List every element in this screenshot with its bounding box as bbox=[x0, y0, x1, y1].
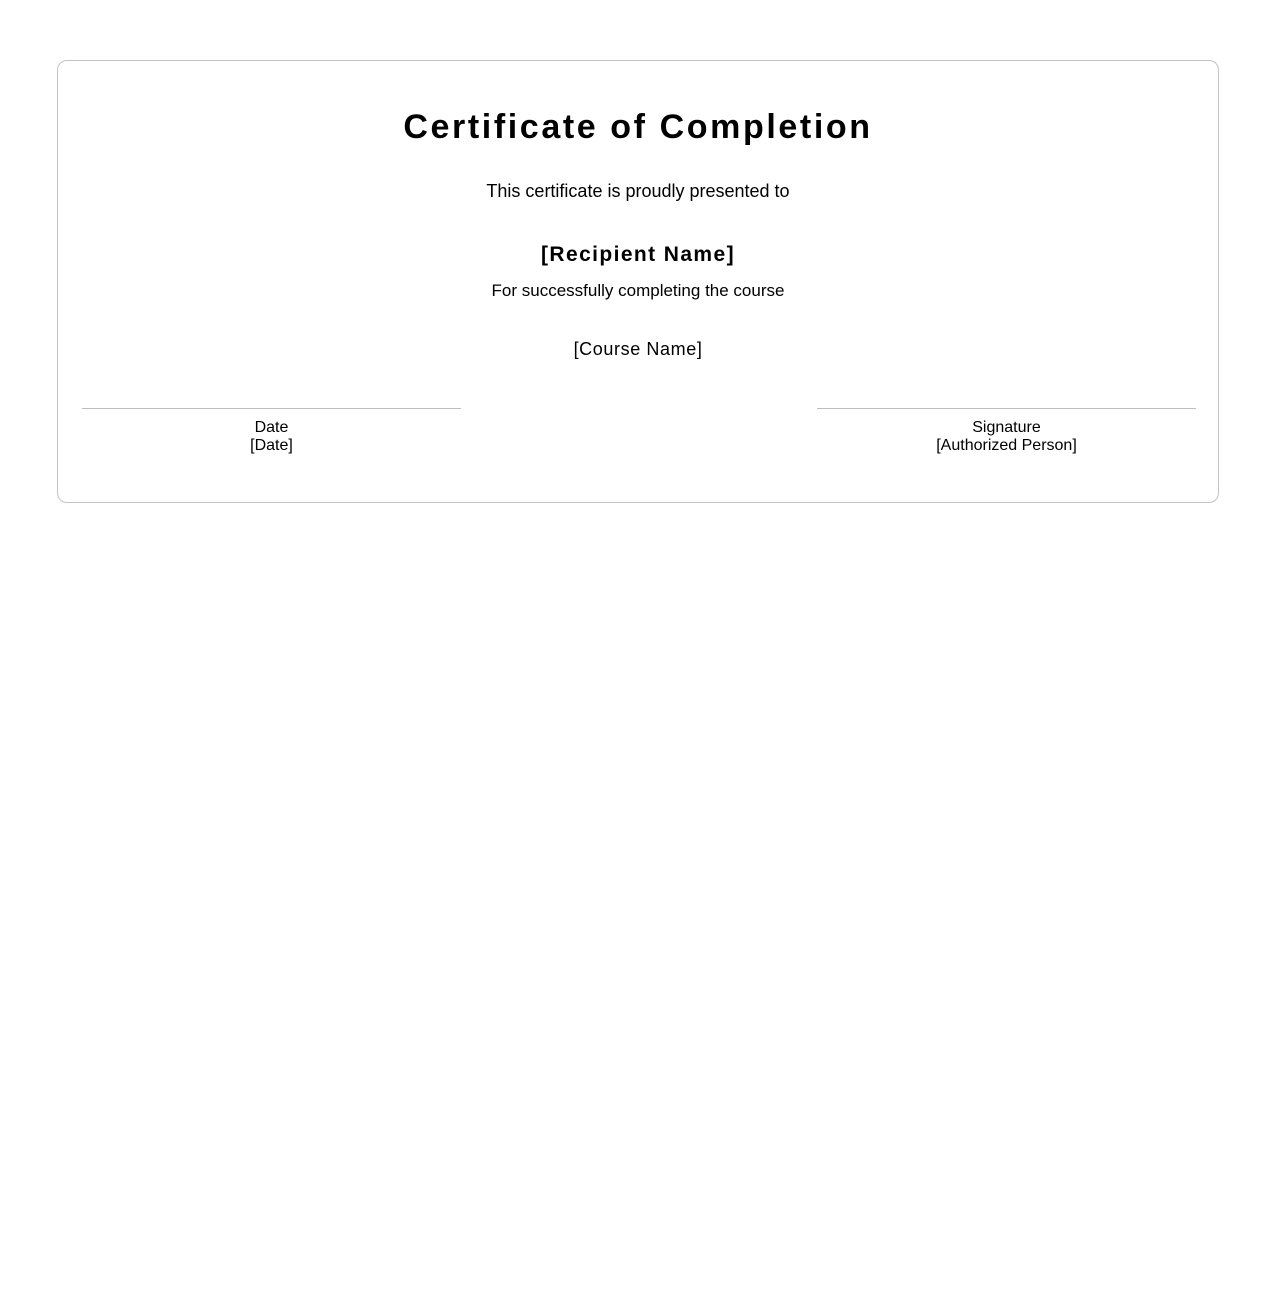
completion-text: For successfully completing the course bbox=[58, 281, 1218, 301]
signature-line bbox=[817, 408, 1196, 409]
date-line bbox=[82, 408, 461, 409]
presented-to-text: This certificate is proudly presented to bbox=[58, 180, 1218, 202]
date-block: Date [Date] bbox=[82, 408, 461, 455]
certificate-title: Certificate of Completion bbox=[58, 107, 1218, 147]
date-value: [Date] bbox=[82, 437, 461, 455]
recipient-name: [Recipient Name] bbox=[58, 242, 1218, 268]
course-name: [Course Name] bbox=[58, 338, 1218, 360]
certificate-card: Certificate of Completion This certifica… bbox=[57, 60, 1219, 503]
date-label: Date bbox=[82, 419, 461, 437]
signature-label: Signature bbox=[817, 419, 1196, 437]
signature-value: [Authorized Person] bbox=[817, 437, 1196, 455]
signature-block: Signature [Authorized Person] bbox=[817, 408, 1196, 455]
